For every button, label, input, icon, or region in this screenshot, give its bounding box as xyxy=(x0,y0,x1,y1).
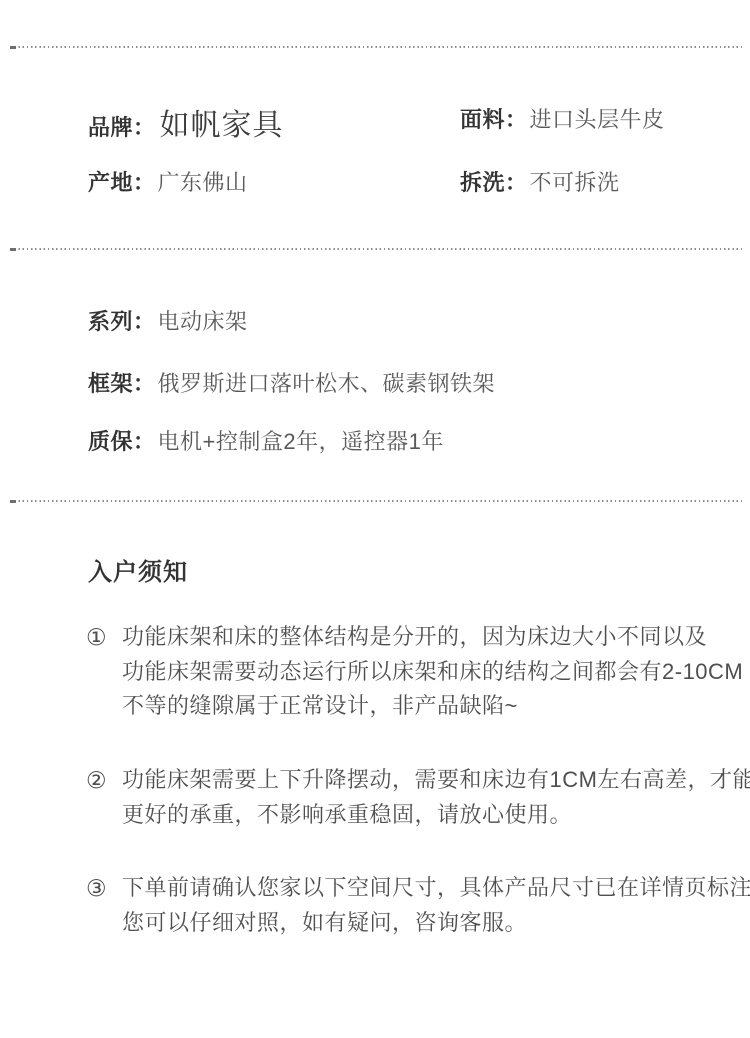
notice-item-3-text: 下单前请确认您家以下空间尺寸，具体产品尺寸已在详情页标注， 您可以仔细对照，如有… xyxy=(122,871,750,940)
spec-label-fabric: 面料： xyxy=(460,103,528,134)
dotted-divider-middle xyxy=(10,248,742,251)
spec-label-frame: 框架： xyxy=(88,367,156,398)
notice-item-2-text: 功能床架需要上下升降摆动，需要和床边有1CM左右高差，才能 更好的承重，不影响承… xyxy=(122,763,750,832)
spec-row-wash: 拆洗： 不可拆洗 xyxy=(460,166,620,197)
spec-value-fabric: 进口头层牛皮 xyxy=(530,103,665,134)
spec-row-series: 系列： 电动床架 xyxy=(88,305,248,336)
notice-item-line: 功能床架需要动态运行所以床架和床的结构之间都会有2-10CM xyxy=(122,655,743,690)
spec-row-fabric: 面料： 进口头层牛皮 xyxy=(460,103,665,134)
spec-row-brand: 品牌： 如帆家具 xyxy=(88,100,284,144)
notice-item-line: 下单前请确认您家以下空间尺寸，具体产品尺寸已在详情页标注， xyxy=(122,871,750,906)
spec-value-frame: 俄罗斯进口落叶松木、碳素钢铁架 xyxy=(158,367,496,398)
notice-item-line: 更好的承重，不影响承重稳固，请放心使用。 xyxy=(122,798,750,833)
notice-item-line: 您可以仔细对照，如有疑问，咨询客服。 xyxy=(122,906,750,941)
spec-value-series: 电动床架 xyxy=(158,305,248,336)
circled-number-2-icon: ② xyxy=(86,763,116,797)
spec-value-origin: 广东佛山 xyxy=(158,166,248,197)
spec-value-warranty: 电机+控制盒2年，遥控器1年 xyxy=(158,425,444,456)
spec-label-series: 系列： xyxy=(88,305,156,336)
notice-item-line: 功能床架需要上下升降摆动，需要和床边有1CM左右高差，才能 xyxy=(122,763,750,798)
notice-heading: 入户须知 xyxy=(88,552,188,587)
spec-value-brand: 如帆家具 xyxy=(160,100,284,144)
product-detail-page: 品牌： 如帆家具 面料： 进口头层牛皮 产地： 广东佛山 拆洗： 不可拆洗 系列… xyxy=(0,0,750,1038)
spec-row-origin: 产地： 广东佛山 xyxy=(88,166,248,197)
notice-item-line: 功能床架和床的整体结构是分开的，因为床边大小不同以及 xyxy=(122,620,743,655)
circled-number-1-icon: ① xyxy=(86,620,116,654)
notice-item-1: ① 功能床架和床的整体结构是分开的，因为床边大小不同以及 功能床架需要动态运行所… xyxy=(86,620,743,724)
notice-item-2: ② 功能床架需要上下升降摆动，需要和床边有1CM左右高差，才能 更好的承重，不影… xyxy=(86,763,750,832)
spec-label-wash: 拆洗： xyxy=(460,166,528,197)
circled-number-3-icon: ③ xyxy=(86,871,116,905)
dotted-divider-top xyxy=(10,46,742,49)
spec-row-warranty: 质保： 电机+控制盒2年，遥控器1年 xyxy=(88,425,444,456)
spec-label-warranty: 质保： xyxy=(88,425,156,456)
notice-item-line: 不等的缝隙属于正常设计，非产品缺陷~ xyxy=(122,689,743,724)
spec-value-wash: 不可拆洗 xyxy=(530,166,620,197)
notice-item-3: ③ 下单前请确认您家以下空间尺寸，具体产品尺寸已在详情页标注， 您可以仔细对照，… xyxy=(86,871,750,940)
spec-label-origin: 产地： xyxy=(88,166,156,197)
notice-item-1-text: 功能床架和床的整体结构是分开的，因为床边大小不同以及 功能床架需要动态运行所以床… xyxy=(122,620,743,724)
spec-row-frame: 框架： 俄罗斯进口落叶松木、碳素钢铁架 xyxy=(88,367,495,398)
spec-label-brand: 品牌： xyxy=(88,111,156,142)
dotted-divider-bottom xyxy=(10,500,742,503)
